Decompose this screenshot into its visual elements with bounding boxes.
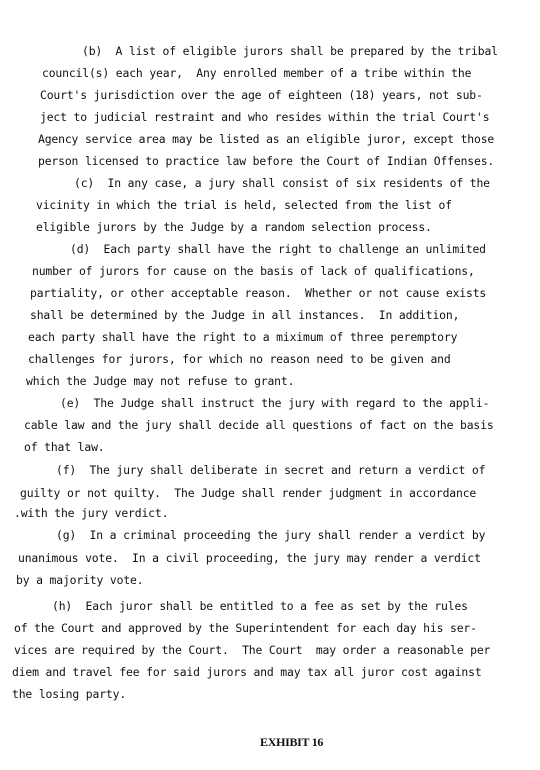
paragraph-line: by a majority vote. xyxy=(16,573,143,587)
paragraph-line: .with the jury verdict. xyxy=(14,506,168,520)
paragraph-line: partiality, or other acceptable reason. … xyxy=(30,286,486,300)
paragraph-line: unanimous vote. In a civil proceeding, t… xyxy=(18,551,481,565)
paragraph-line: each party shall have the right to a mix… xyxy=(28,330,457,344)
paragraph-e-first-line: (e) The Judge shall instruct the jury wi… xyxy=(60,396,489,410)
paragraph-line: of the Court and approved by the Superin… xyxy=(14,621,477,635)
paragraph-line: of that law. xyxy=(24,440,105,454)
paragraph-line: person licensed to practice law before t… xyxy=(38,154,494,168)
paragraph-d-first-line: (d) Each party shall have the right to c… xyxy=(70,242,486,256)
paragraph-line: council(s) each year, Any enrolled membe… xyxy=(42,66,471,80)
paragraph-line: Court's jurisdiction over the age of eig… xyxy=(40,88,483,102)
paragraph-line: diem and travel fee for said jurors and … xyxy=(12,665,482,679)
paragraph-c-first-line: (c) In any case, a jury shall consist of… xyxy=(74,176,490,190)
document-page: (b) A list of eligible jurors shall be p… xyxy=(0,0,540,770)
paragraph-f-first-line: (f) The jury shall deliberate in secret … xyxy=(56,463,485,477)
paragraph-b-first-line: (b) A list of eligible jurors shall be p… xyxy=(82,44,498,58)
paragraph-line: vicinity in which the trial is held, sel… xyxy=(36,198,452,212)
paragraph-line: guilty or not quilty. The Judge shall re… xyxy=(20,486,476,500)
exhibit-label: EXHIBIT 16 xyxy=(260,735,323,750)
paragraph-h-first-line: (h) Each juror shall be entitled to a fe… xyxy=(52,599,468,613)
paragraph-line: ject to judicial restraint and who resid… xyxy=(40,110,489,124)
paragraph-line: cable law and the jury shall decide all … xyxy=(24,418,494,432)
paragraph-line: shall be determined by the Judge in all … xyxy=(30,308,459,322)
paragraph-g-first-line: (g) In a criminal proceeding the jury sh… xyxy=(56,528,485,542)
paragraph-line: which the Judge may not refuse to grant. xyxy=(26,374,294,388)
paragraph-line: Agency service area may be listed as an … xyxy=(38,132,494,146)
paragraph-line: challenges for jurors, for which no reas… xyxy=(28,352,451,366)
paragraph-line: the losing party. xyxy=(12,687,126,701)
paragraph-line: eligible jurors by the Judge by a random… xyxy=(36,220,432,234)
paragraph-line: number of jurors for cause on the basis … xyxy=(32,264,475,278)
paragraph-line: vices are required by the Court. The Cou… xyxy=(14,643,490,657)
